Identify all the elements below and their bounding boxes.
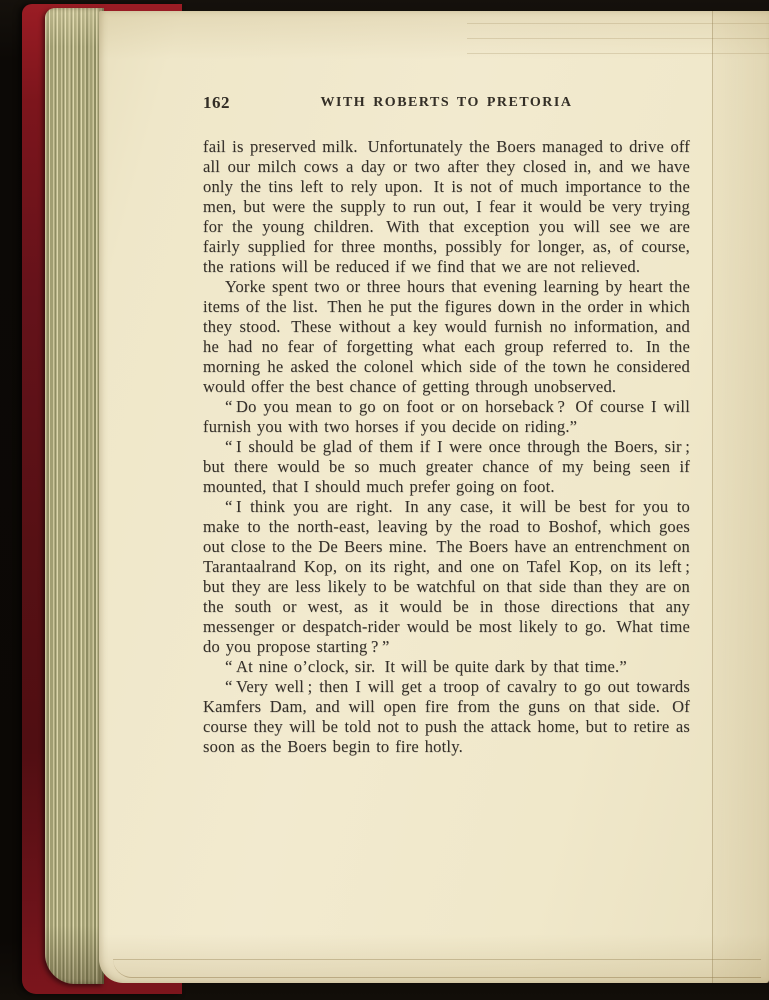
paragraph: “ At nine o’clock, sir. It will be quite…	[203, 657, 690, 677]
paragraph: fail is preserved milk. Unfortunately th…	[203, 137, 690, 277]
paragraph: Yorke spent two or three hours that even…	[203, 277, 690, 397]
page-text: fail is preserved milk. Unfortunately th…	[203, 137, 690, 757]
page-bottom-edge-lines	[113, 959, 761, 978]
paragraph: “ I should be glad of them if I were onc…	[203, 437, 690, 497]
paragraph: “ Do you mean to go on foot or on horseb…	[203, 397, 690, 437]
paragraph: “ I think you are right. In any case, it…	[203, 497, 690, 657]
page-fore-edge-stack	[45, 8, 104, 984]
paragraph: “ Very well ; then I will get a troop of…	[203, 677, 690, 757]
page-right-edge	[712, 11, 769, 983]
photograph-of-open-book: 162 WITH ROBERTS TO PRETORIA fail is pre…	[0, 0, 769, 1000]
running-head: 162 WITH ROBERTS TO PRETORIA	[203, 93, 690, 115]
book-page: 162 WITH ROBERTS TO PRETORIA fail is pre…	[99, 11, 769, 983]
running-head-title: WITH ROBERTS TO PRETORIA	[203, 95, 690, 111]
